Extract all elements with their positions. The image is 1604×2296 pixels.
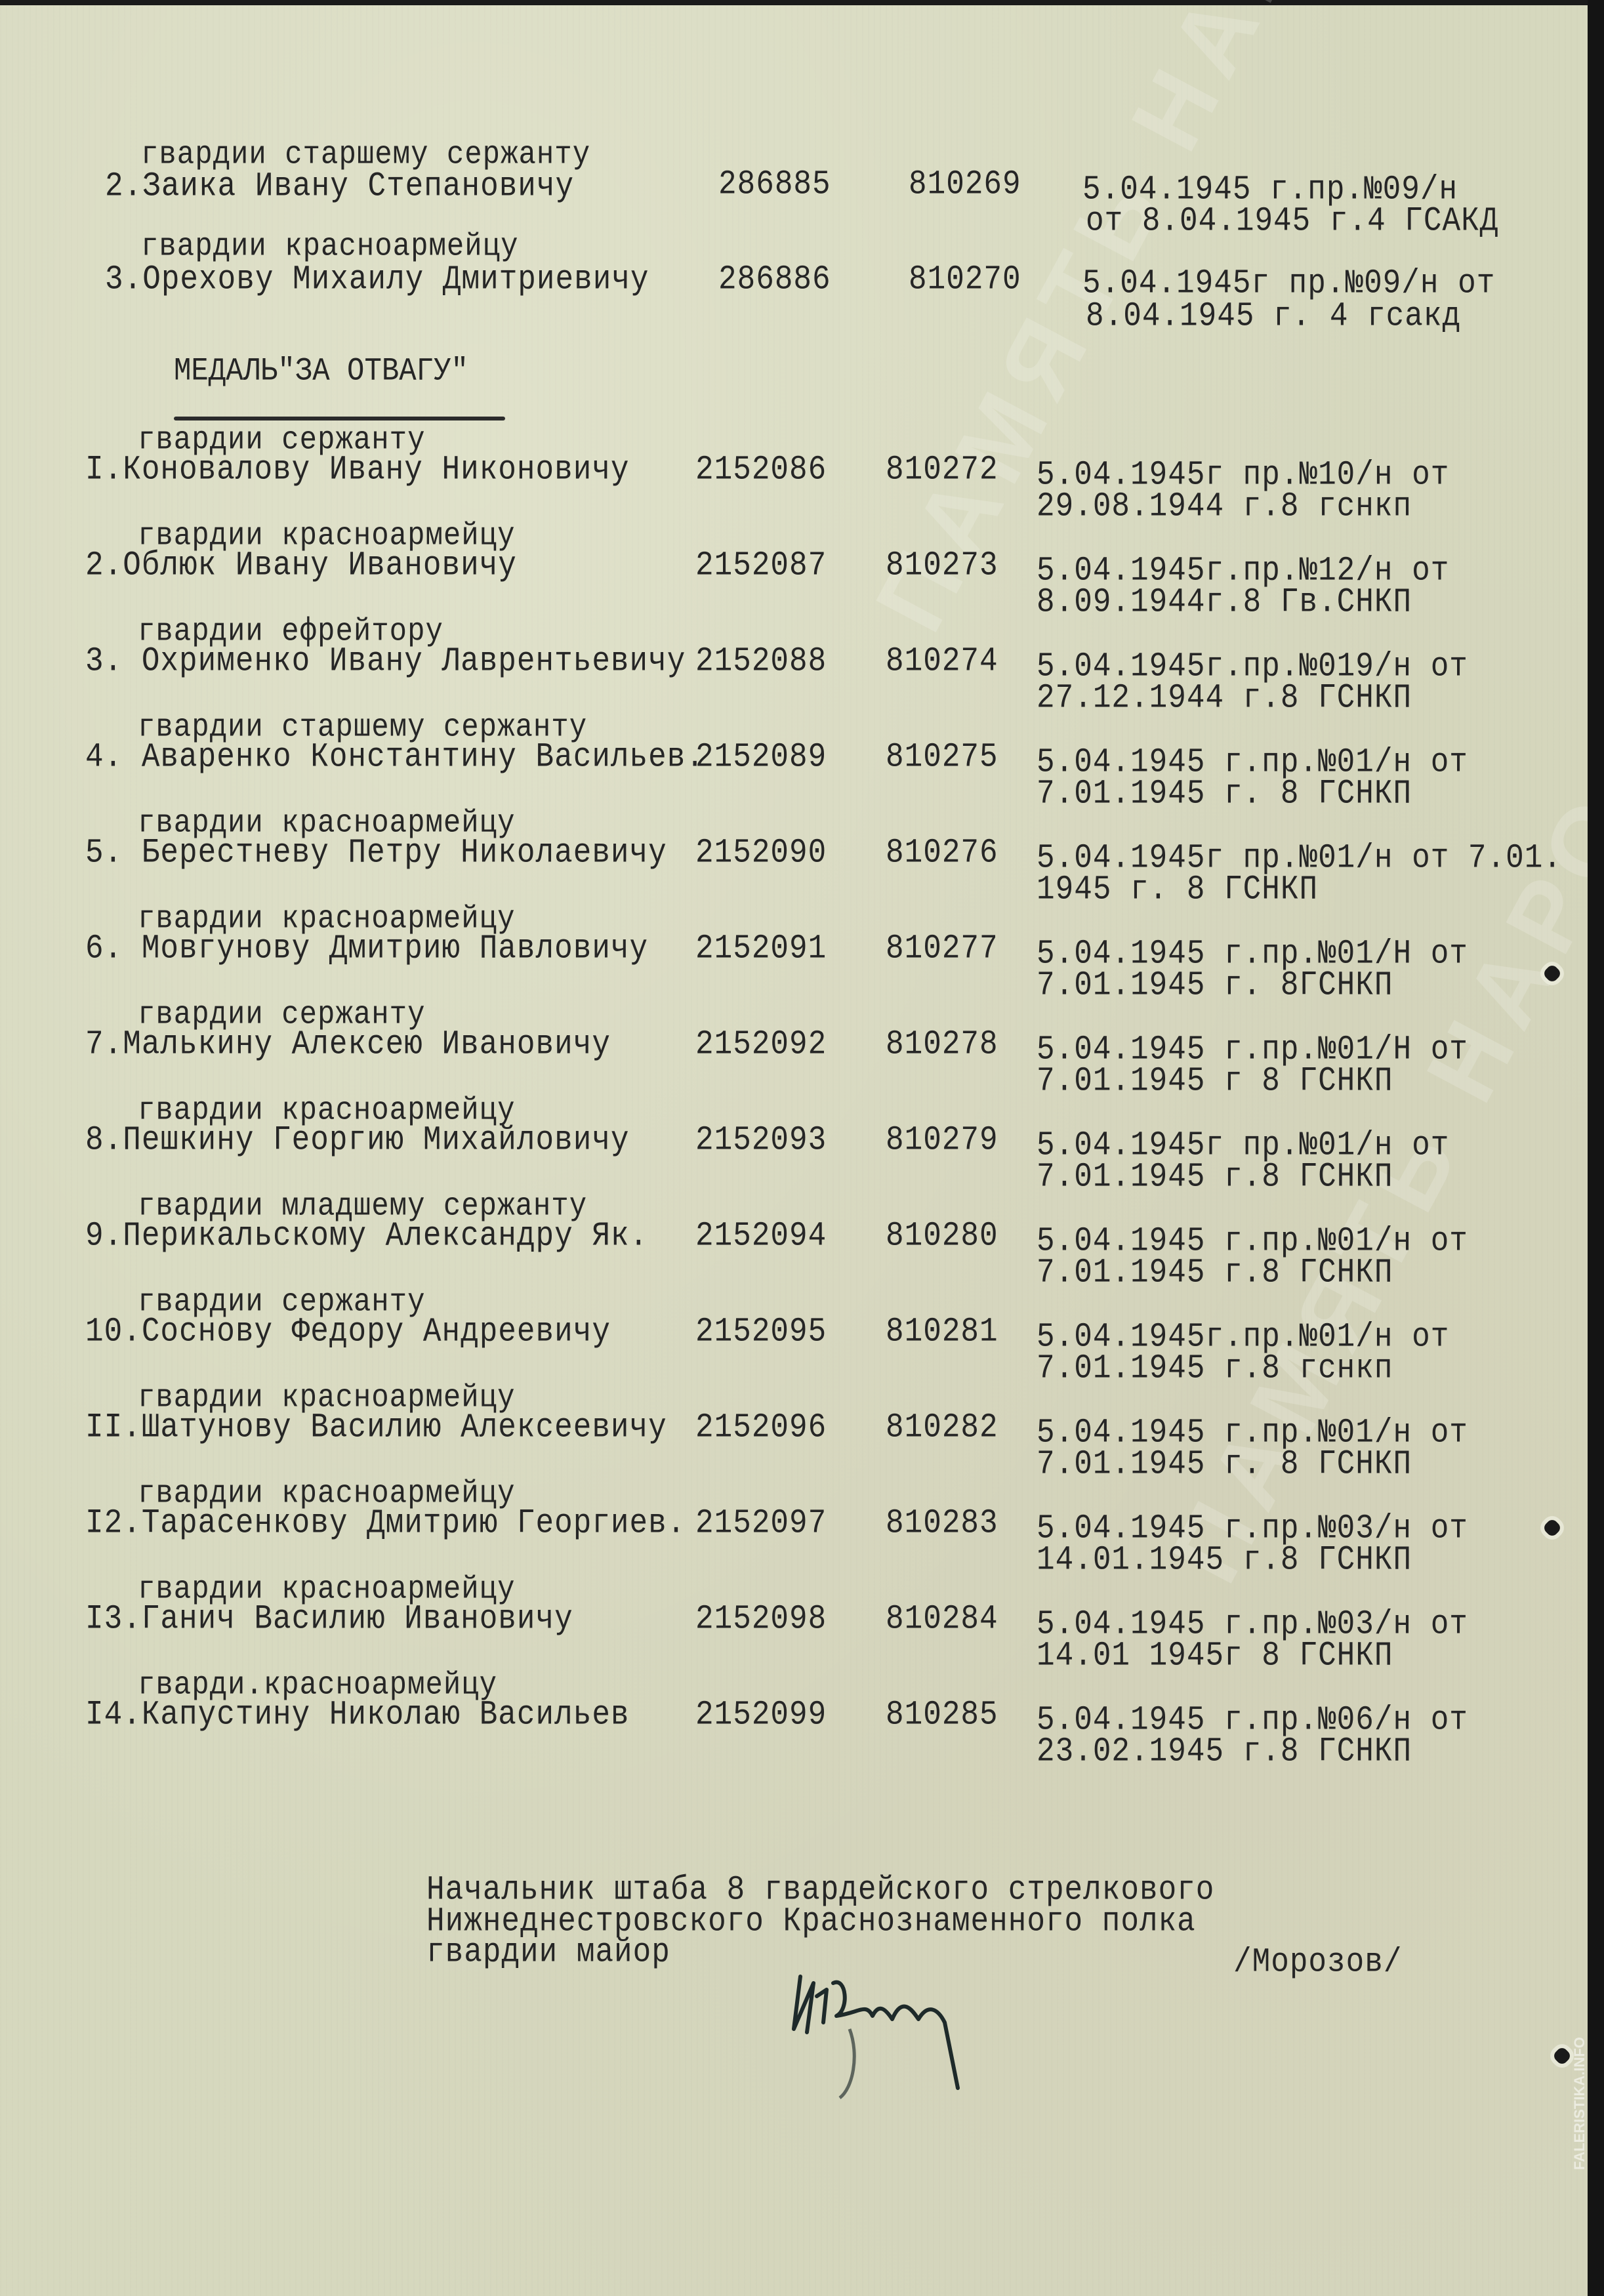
entry-number-2: 810275 <box>886 739 998 775</box>
entry-order-line2: 29.08.1944 г.8 гснкп <box>1037 487 1412 525</box>
entry-number-1: 286886 <box>718 261 831 298</box>
entry-number-2: 810274 <box>886 643 998 680</box>
entry-number-1: 286885 <box>718 166 831 203</box>
entry-name: I4.Капустину Николаю Васильев <box>85 1696 630 1733</box>
entry-order-line2: 7.01.1945 г.8 ГСНКП <box>1037 1254 1393 1292</box>
entry-order-line2: 7.01.1945 г.8 ГСНКП <box>1037 1158 1393 1196</box>
handwritten-signature <box>787 1957 1050 2121</box>
entry-number-2: 810283 <box>886 1505 998 1542</box>
punch-hole <box>1552 2045 1572 2066</box>
entry-number-2: 810279 <box>886 1122 998 1158</box>
entry-number-1: 2152087 <box>695 547 827 584</box>
entry-order-line2: 7.01.1945 г. 8ГСНКП <box>1037 966 1393 1004</box>
entry-name: 9.Перикальскому Александру Як. <box>85 1218 648 1254</box>
entry-name: 2.Заика Ивану Степановичу <box>105 168 574 205</box>
entry-number-1: 2152098 <box>695 1601 827 1637</box>
entry-number-1: 2152099 <box>695 1696 827 1733</box>
entry-name: 3.Орехову Михаилу Дмитриевичу <box>105 261 649 298</box>
entry-order-line2: 8.09.1944г.8 Гв.СНКП <box>1037 583 1412 621</box>
entry-order-line2: 7.01.1945 г 8 ГСНКП <box>1037 1062 1393 1100</box>
entry-number-1: 2152096 <box>695 1409 827 1446</box>
entry-number-1: 2152092 <box>695 1026 827 1063</box>
entry-number-2: 810276 <box>886 834 998 871</box>
entry-number-1: 2152091 <box>695 930 827 967</box>
section-title: МЕДАЛЬ"ЗА ОТВАГУ" <box>174 353 468 390</box>
entry-name: 2.Облюк Ивану Ивановичу <box>85 547 517 584</box>
entry-order-line2: 27.12.1944 г.8 ГСНКП <box>1037 679 1412 717</box>
entry-number-2: 810277 <box>886 930 998 967</box>
entry-number-1: 2152094 <box>695 1218 827 1254</box>
entry-order-line2: 8.04.1945 г. 4 гсакд <box>1086 297 1461 335</box>
entry-rank: гвардии красноармейцу <box>141 228 519 265</box>
site-watermark: FALERISTIKA.INFO <box>1571 2037 1588 2170</box>
entry-order-line2: 14.01 1945г 8 ГСНКП <box>1037 1637 1393 1675</box>
entry-number-2: 810272 <box>886 451 998 488</box>
entry-order-line2: 7.01.1945 г.8 гснкп <box>1037 1349 1393 1387</box>
entry-number-2: 810284 <box>886 1601 998 1637</box>
document-page: ПАМЯТЬ НАРОДА ПАМЯТЬ НАРОДА гвардии стар… <box>0 5 1588 2296</box>
entry-name: I3.Ганич Василию Ивановичу <box>85 1601 573 1637</box>
entry-number-1: 2152089 <box>695 739 827 775</box>
entry-number-2: 810270 <box>909 261 1021 298</box>
entry-name: I.Коновалову Ивану Никоновичу <box>85 451 630 488</box>
footer-line-3: гвардии майор <box>426 1934 670 1971</box>
entry-name: 7.Малькину Алексею Ивановичу <box>85 1026 611 1063</box>
entry-order-line2: 1945 г. 8 ГСНКП <box>1037 871 1318 909</box>
entry-number-1: 2152086 <box>695 451 827 488</box>
entry-name: 10.Соснову Федору Андреевичу <box>85 1313 611 1350</box>
entry-name: 6. Мовгунову Дмитрию Павловичу <box>85 930 648 967</box>
entry-name: 4. Аваренко Константину Васильев. <box>85 739 705 775</box>
entry-name: I2.Тарасенкову Дмитрию Георгиев. <box>85 1505 686 1542</box>
entry-name: II.Шатунову Василию Алексеевичу <box>85 1409 667 1446</box>
entry-number-2: 810278 <box>886 1026 998 1063</box>
signatory-name: /Морозов/ <box>1233 1944 1402 1980</box>
entry-order-line2: 14.01.1945 г.8 ГСНКП <box>1037 1541 1412 1579</box>
entry-name: 5. Берестневу Петру Николаевичу <box>85 834 667 871</box>
entry-number-2: 810280 <box>886 1218 998 1254</box>
entry-number-1: 2152088 <box>695 643 827 680</box>
entry-order-line2: от 8.04.1945 г.4 ГСАКД <box>1086 202 1498 240</box>
entry-order-line2: 23.02.1945 г.8 ГСНКП <box>1037 1732 1412 1771</box>
entry-number-1: 2152093 <box>695 1122 827 1158</box>
punch-hole <box>1542 1517 1562 1538</box>
entry-number-2: 810273 <box>886 547 998 584</box>
entry-order-line2: 7.01.1945 г. 8 ГСНКП <box>1037 1445 1412 1483</box>
entry-number-1: 2152090 <box>695 834 827 871</box>
section-title-underline <box>174 417 505 420</box>
entry-number-2: 810282 <box>886 1409 998 1446</box>
entry-name: 8.Пешкину Георгию Михайловичу <box>85 1122 630 1158</box>
entry-name: 3. Охрименко Ивану Лаврентьевичу <box>85 643 686 680</box>
entry-number-2: 810281 <box>886 1313 998 1350</box>
entry-number-2: 810285 <box>886 1696 998 1733</box>
entry-number-1: 2152097 <box>695 1505 827 1542</box>
scan-edge <box>1588 0 1604 2296</box>
entry-number-2: 810269 <box>909 166 1021 203</box>
entry-order-line2: 7.01.1945 г. 8 ГСНКП <box>1037 775 1412 813</box>
entry-number-1: 2152095 <box>695 1313 827 1350</box>
